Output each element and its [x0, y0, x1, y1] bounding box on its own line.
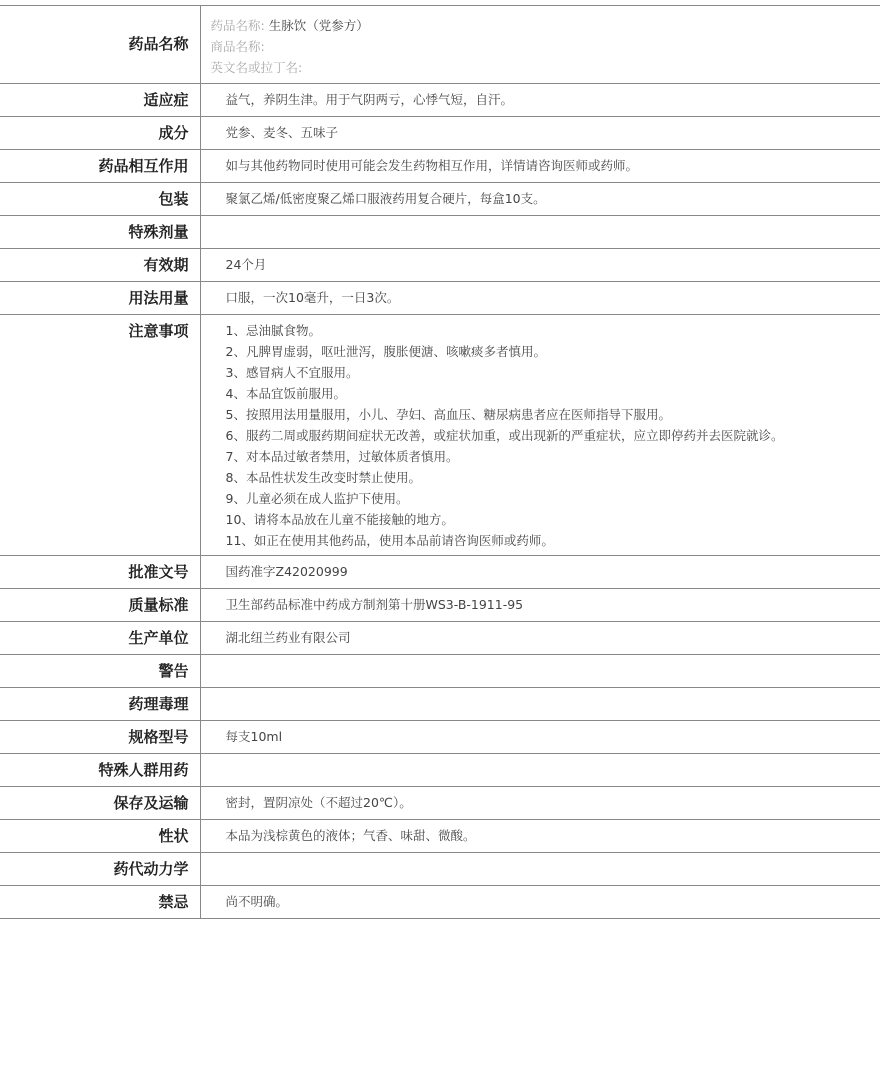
row-label: 注意事项 — [0, 315, 200, 556]
row-value: 聚氯乙烯/低密度聚乙烯口服液药用复合硬片，每盒10支。 — [200, 183, 880, 216]
english-name-line: 英文名或拉丁名: — [211, 57, 880, 78]
row-value: 湖北纽兰药业有限公司 — [200, 622, 880, 655]
row-packaging: 包装聚氯乙烯/低密度聚乙烯口服液药用复合硬片，每盒10支。 — [0, 183, 880, 216]
row-shelf-life: 有效期24个月 — [0, 249, 880, 282]
list-item: 8、本品性状发生改变时禁止使用。 — [226, 467, 786, 488]
row-pharmacokinetics: 药代动力学 — [0, 853, 880, 886]
generic-name-line: 药品名称: 生脉饮（党参方） — [211, 15, 880, 36]
row-value: 如与其他药物同时使用可能会发生药物相互作用，详情请咨询医师或药师。 — [200, 150, 880, 183]
row-value — [200, 655, 880, 688]
row-label: 性状 — [0, 820, 200, 853]
row-value: 卫生部药品标准中药成方制剂第十册WS3-B-1911-95 — [200, 589, 880, 622]
row-label: 用法用量 — [0, 282, 200, 315]
row-specification: 规格型号每支10ml — [0, 721, 880, 754]
row-label: 包装 — [0, 183, 200, 216]
row-label: 药品相互作用 — [0, 150, 200, 183]
row-label: 药品名称 — [0, 6, 200, 84]
row-label: 特殊剂量 — [0, 216, 200, 249]
row-value: 密封，置阴凉处（不超过20℃）。 — [200, 787, 880, 820]
list-item: 4、本品宜饭前服用。 — [226, 383, 786, 404]
row-label: 质量标准 — [0, 589, 200, 622]
row-label: 生产单位 — [0, 622, 200, 655]
list-item: 6、服药二周或服药期间症状无改善，或症状加重，或出现新的严重症状，应立即停药并去… — [226, 425, 786, 446]
row-value: 口服，一次10毫升，一日3次。 — [200, 282, 880, 315]
row-value: 益气，养阴生津。用于气阴两亏，心悸气短，自汗。 — [200, 84, 880, 117]
list-item: 7、对本品过敏者禁用，过敏体质者慎用。 — [226, 446, 786, 467]
row-value: 本品为浅棕黄色的液体；气香、味甜、微酸。 — [200, 820, 880, 853]
list-item: 1、忌油腻食物。 — [226, 320, 786, 341]
row-label: 药代动力学 — [0, 853, 200, 886]
row-label: 批准文号 — [0, 556, 200, 589]
row-dosage: 用法用量口服，一次10毫升，一日3次。 — [0, 282, 880, 315]
drug-info-table: 药品名称 药品名称: 生脉饮（党参方） 商品名称: 英文名或拉丁名: 适应症益气… — [0, 5, 880, 919]
row-description: 性状本品为浅棕黄色的液体；气香、味甜、微酸。 — [0, 820, 880, 853]
row-label: 成分 — [0, 117, 200, 150]
generic-name-label: 药品名称: — [211, 18, 265, 33]
row-value: 国药准字Z42020999 — [200, 556, 880, 589]
row-value: 党参、麦冬、五味子 — [200, 117, 880, 150]
drug-name-values: 药品名称: 生脉饮（党参方） 商品名称: 英文名或拉丁名: — [200, 6, 880, 84]
trade-name-label: 商品名称: — [211, 39, 265, 54]
row-label: 适应症 — [0, 84, 200, 117]
row-value — [200, 754, 880, 787]
list-item: 2、凡脾胃虚弱，呕吐泄泻，腹胀便溏、咳嗽痰多者慎用。 — [226, 341, 786, 362]
row-value: 每支10ml — [200, 721, 880, 754]
row-storage: 保存及运输密封，置阴凉处（不超过20℃）。 — [0, 787, 880, 820]
row-special-dosage: 特殊剂量 — [0, 216, 880, 249]
row-approval-number: 批准文号国药准字Z42020999 — [0, 556, 880, 589]
list-item: 11、如正在使用其他药品，使用本品前请咨询医师或药师。 — [226, 530, 786, 551]
row-indications: 适应症益气，养阴生津。用于气阴两亏，心悸气短，自汗。 — [0, 84, 880, 117]
row-label: 警告 — [0, 655, 200, 688]
english-name-label: 英文名或拉丁名: — [211, 60, 303, 75]
list-item: 3、感冒病人不宜服用。 — [226, 362, 786, 383]
row-label: 特殊人群用药 — [0, 754, 200, 787]
row-label: 药理毒理 — [0, 688, 200, 721]
row-quality-standard: 质量标准卫生部药品标准中药成方制剂第十册WS3-B-1911-95 — [0, 589, 880, 622]
row-contraindications: 禁忌尚不明确。 — [0, 886, 880, 919]
row-label: 保存及运输 — [0, 787, 200, 820]
row-precautions: 注意事项 1、忌油腻食物。 2、凡脾胃虚弱，呕吐泄泻，腹胀便溏、咳嗽痰多者慎用。… — [0, 315, 880, 556]
row-value — [200, 216, 880, 249]
precautions-list: 1、忌油腻食物。 2、凡脾胃虚弱，呕吐泄泻，腹胀便溏、咳嗽痰多者慎用。 3、感冒… — [200, 315, 880, 556]
row-pharmacology: 药理毒理 — [0, 688, 880, 721]
row-ingredients: 成分党参、麦冬、五味子 — [0, 117, 880, 150]
row-warning: 警告 — [0, 655, 880, 688]
row-value — [200, 688, 880, 721]
row-interactions: 药品相互作用如与其他药物同时使用可能会发生药物相互作用，详情请咨询医师或药师。 — [0, 150, 880, 183]
row-label: 禁忌 — [0, 886, 200, 919]
row-value — [200, 853, 880, 886]
trade-name-line: 商品名称: — [211, 36, 880, 57]
row-label: 有效期 — [0, 249, 200, 282]
row-value: 24个月 — [200, 249, 880, 282]
row-manufacturer: 生产单位湖北纽兰药业有限公司 — [0, 622, 880, 655]
row-label: 规格型号 — [0, 721, 200, 754]
row-special-populations: 特殊人群用药 — [0, 754, 880, 787]
row-drug-name: 药品名称 药品名称: 生脉饮（党参方） 商品名称: 英文名或拉丁名: — [0, 6, 880, 84]
generic-name-value: 生脉饮（党参方） — [269, 18, 369, 33]
list-item: 9、儿童必须在成人监护下使用。 — [226, 488, 786, 509]
list-item: 10、请将本品放在儿童不能接触的地方。 — [226, 509, 786, 530]
list-item: 5、按照用法用量服用，小儿、孕妇、高血压、糖尿病患者应在医师指导下服用。 — [226, 404, 786, 425]
row-value: 尚不明确。 — [200, 886, 880, 919]
